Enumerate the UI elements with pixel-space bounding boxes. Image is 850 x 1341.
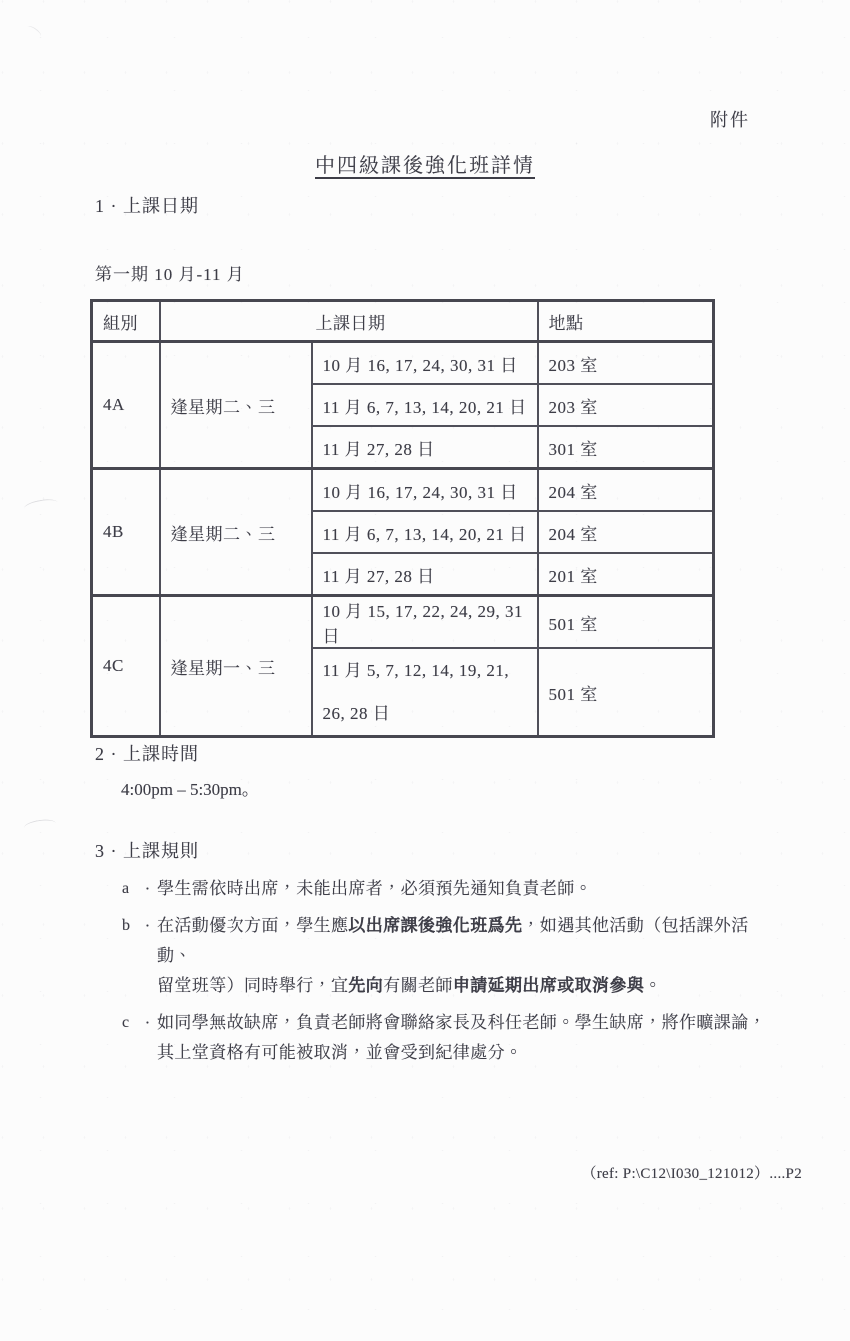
scanned-document-page: 附件 中四級課後強化班詳情 1 · 上課日期 第一期 10 月-11 月 組別 …: [0, 0, 850, 1341]
table-header-row: 組別 上課日期 地點: [92, 301, 714, 342]
rule-text: 在活動優次方面，學生應以出席課後強化班爲先，如遇其他活動（包括課外活動、 留堂班…: [157, 911, 782, 1001]
rule-line: 留堂班等）同時舉行，宜先向有關老師申請延期出席或取消參與。: [157, 971, 782, 1001]
weekday-cell-4c: 逢星期一、三: [160, 596, 312, 737]
rule-segment-bold: 申請延期出席或取消參與: [453, 976, 644, 995]
schedule-table: 組別 上課日期 地點 4A 逢星期二、三 10 月 16, 17, 24, 30…: [90, 299, 715, 738]
rule-dot: ·: [138, 1008, 157, 1038]
section-2-heading: 2 · 上課時間: [95, 740, 199, 766]
rule-item-b: b · 在活動優次方面，學生應以出席課後強化班爲先，如遇其他活動（包括課外活動、…: [122, 911, 782, 1001]
dates-cell: 10 月 15, 17, 22, 24, 29, 31 日: [312, 596, 538, 649]
rule-item-c: c · 如同學無故缺席，負責老師將會聯絡家長及科任老師。學生缺席，將作曠課論， …: [122, 1008, 782, 1068]
rule-marker: c: [122, 1008, 138, 1038]
column-header-dates: 上課日期: [160, 301, 538, 342]
class-time-value: 4:00pm – 5:30pm。: [121, 775, 259, 800]
weekday-cell-4a: 逢星期二、三: [160, 342, 312, 469]
column-header-location: 地點: [538, 301, 714, 342]
rule-line: 如同學無故缺席，負責老師將會聯絡家長及科任老師。學生缺席，將作曠課論，: [157, 1008, 782, 1038]
dates-cell: 11 月 27, 28 日: [312, 426, 538, 469]
footer-reference: （ref: P:\C12\I030_121012）....P2: [581, 1162, 802, 1183]
rule-marker: a: [122, 874, 138, 904]
rule-dot: ·: [138, 874, 157, 904]
room-cell: 301 室: [538, 426, 714, 469]
dates-cell: 11 月 6, 7, 13, 14, 20, 21 日: [312, 384, 538, 426]
room-cell: 201 室: [538, 553, 714, 596]
room-cell: 501 室: [538, 648, 714, 737]
rule-segment: 有關老師: [383, 976, 453, 995]
rule-text: 如同學無故缺席，負責老師將會聯絡家長及科任老師。學生缺席，將作曠課論， 其上堂資…: [157, 1008, 782, 1068]
rule-segment: 留堂班等）同時舉行，宜: [157, 976, 348, 995]
dates-cell: 11 月 5, 7, 12, 14, 19, 21, 26, 28 日: [312, 648, 538, 737]
column-header-group: 組別: [92, 301, 160, 342]
rule-text: 學生需依時出席，未能出席者，必須預先通知負責老師。: [157, 874, 782, 904]
rule-segment: 在活動優次方面，學生應: [157, 916, 348, 935]
group-cell-4b: 4B: [92, 469, 160, 596]
attachment-label: 附件: [710, 106, 750, 132]
dates-cell: 11 月 27, 28 日: [312, 553, 538, 596]
dates-cell: 11 月 6, 7, 13, 14, 20, 21 日: [312, 511, 538, 553]
group-cell-4c: 4C: [92, 596, 160, 737]
rule-dot: ·: [138, 911, 157, 941]
rule-line: 在活動優次方面，學生應以出席課後強化班爲先，如遇其他活動（包括課外活動、: [157, 911, 782, 971]
weekday-cell-4b: 逢星期二、三: [160, 469, 312, 596]
room-cell: 204 室: [538, 469, 714, 512]
dates-cell: 10 月 16, 17, 24, 30, 31 日: [312, 469, 538, 512]
rule-segment-bold: 先向: [348, 976, 383, 995]
dates-cell: 10 月 16, 17, 24, 30, 31 日: [312, 342, 538, 385]
rule-segment: 。: [644, 976, 661, 995]
section-1-heading: 1 · 上課日期: [95, 192, 199, 218]
rule-line: 學生需依時出席，未能出席者，必須預先通知負責老師。: [157, 874, 782, 904]
room-cell: 203 室: [538, 342, 714, 385]
scan-artifact: [25, 24, 42, 39]
rule-marker: b: [122, 911, 138, 941]
title-row: 中四級課後強化班詳情: [0, 149, 850, 178]
room-cell: 203 室: [538, 384, 714, 426]
room-cell: 501 室: [538, 596, 714, 649]
section-3-heading: 3 · 上課規則: [95, 837, 199, 863]
scan-artifact: [23, 497, 58, 514]
room-cell: 204 室: [538, 511, 714, 553]
rule-line: 其上堂資格有可能被取消，並會受到紀律處分。: [157, 1038, 782, 1068]
page-title: 中四級課後強化班詳情: [315, 155, 535, 177]
table-row-4b-1: 4B 逢星期二、三 10 月 16, 17, 24, 30, 31 日 204 …: [92, 469, 714, 512]
period-label: 第一期 10 月-11 月: [95, 260, 245, 285]
rule-segment-bold: 以出席課後強化班爲先: [348, 916, 522, 935]
rule-item-a: a · 學生需依時出席，未能出席者，必須預先通知負責老師。: [122, 874, 782, 904]
table-row-4c-1: 4C 逢星期一、三 10 月 15, 17, 22, 24, 29, 31 日 …: [92, 596, 714, 649]
scan-artifact: [23, 818, 56, 833]
rules-list: a · 學生需依時出席，未能出席者，必須預先通知負責老師。 b · 在活動優次方…: [122, 874, 782, 1075]
table-row-4a-1: 4A 逢星期二、三 10 月 16, 17, 24, 30, 31 日 203 …: [92, 342, 714, 385]
group-cell-4a: 4A: [92, 342, 160, 469]
